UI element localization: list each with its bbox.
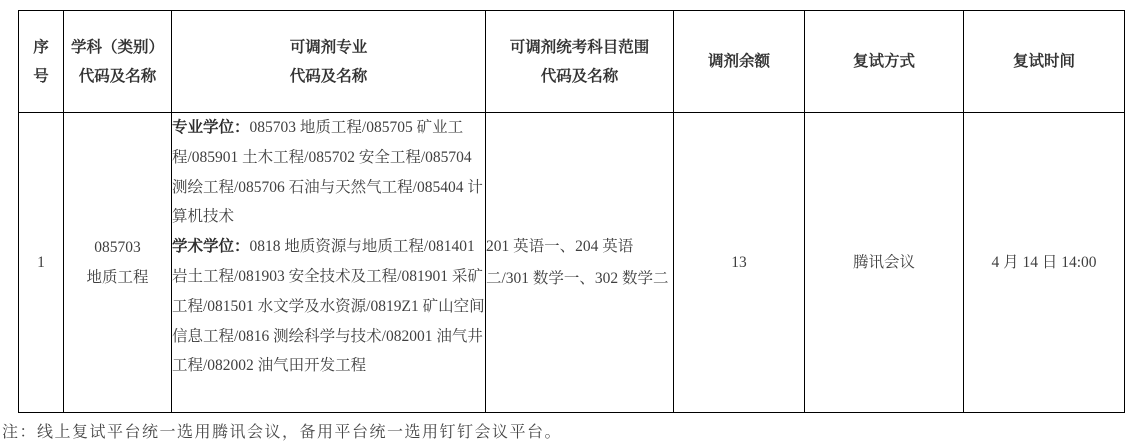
cell-adjustable-majors: 专业学位：085703 地质工程/085705 矿业工程/085901 土木工程…	[172, 113, 486, 413]
header-serial-number: 序 号	[19, 11, 64, 113]
header-adjustable-major: 可调剂专业 代码及名称	[172, 11, 486, 113]
cell-exam-subjects: 201 英语一、204 英语二/301 数学一、302 数学二	[486, 113, 674, 413]
footnote: 注：线上复试平台统一选用腾讯会议，备用平台统一选用钉钉会议平台。	[2, 419, 562, 442]
professional-degree-paragraph: 专业学位：085703 地质工程/085705 矿业工程/085901 土木工程…	[172, 113, 485, 232]
cell-quota: 13	[674, 113, 805, 413]
header-adjustment-quota: 调剂余额	[674, 11, 805, 113]
cell-reexam-time: 4 月 14 日 14:00	[964, 113, 1125, 413]
table-row: 1 085703 地质工程 专业学位：085703 地质工程/085705 矿业…	[19, 113, 1125, 413]
cell-subject: 085703 地质工程	[64, 113, 172, 413]
cell-reexam-mode: 腾讯会议	[805, 113, 964, 413]
professional-degree-label: 专业学位：	[172, 119, 250, 136]
academic-degree-paragraph: 学术学位：0818 地质资源与地质工程/081401 岩土工程/081903 安…	[172, 232, 485, 381]
header-subject-code-name: 学科（类别） 代码及名称	[64, 11, 172, 113]
subject-code: 085703	[64, 233, 171, 263]
academic-degree-list: 0818 地质资源与地质工程/081401 岩土工程/081903 安全技术及工…	[172, 238, 485, 374]
adjustment-table-container: 序 号 学科（类别） 代码及名称 可调剂专业 代码及名称 可调剂统考科目范围 代…	[18, 10, 1125, 413]
cell-serial-number: 1	[19, 113, 64, 413]
academic-degree-label: 学术学位：	[172, 238, 250, 255]
header-reexam-mode: 复试方式	[805, 11, 964, 113]
header-exam-subject-range: 可调剂统考科目范围 代码及名称	[486, 11, 674, 113]
subject-name: 地质工程	[64, 263, 171, 293]
header-reexam-time: 复试时间	[964, 11, 1125, 113]
adjustment-table: 序 号 学科（类别） 代码及名称 可调剂专业 代码及名称 可调剂统考科目范围 代…	[18, 10, 1125, 413]
header-row: 序 号 学科（类别） 代码及名称 可调剂专业 代码及名称 可调剂统考科目范围 代…	[19, 11, 1125, 113]
